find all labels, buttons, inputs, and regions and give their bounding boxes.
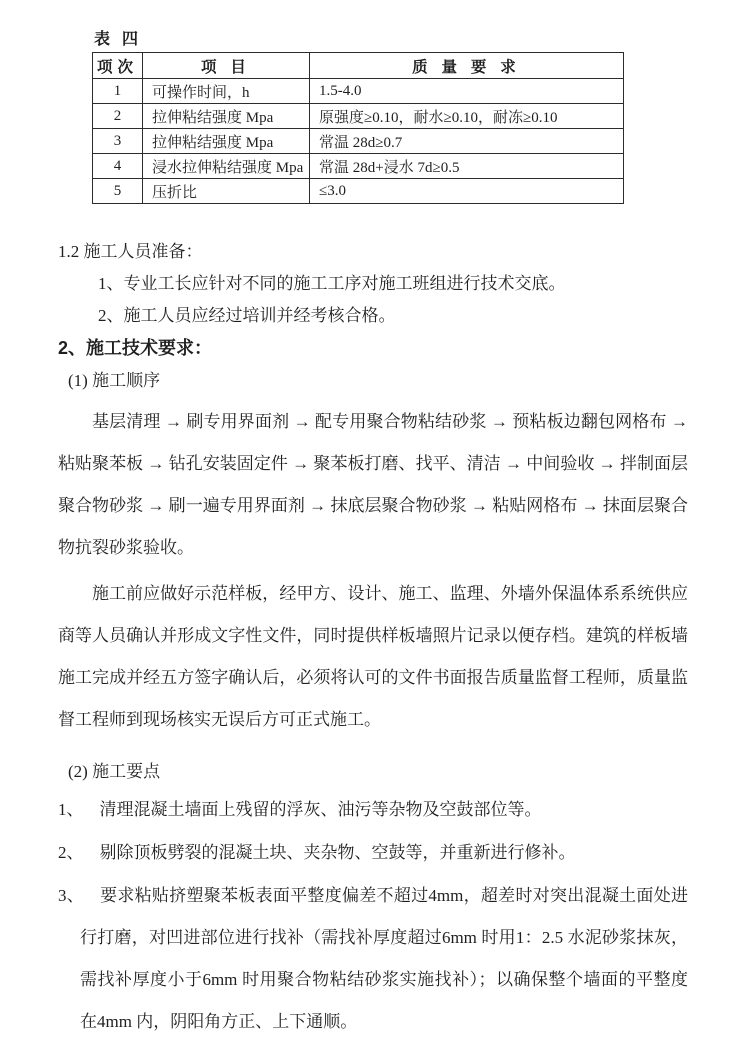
row-requirement: 常温 28d+浸水 7d≥0.5: [310, 154, 624, 179]
row-no: 3: [93, 129, 143, 154]
row-item: 压折比: [143, 179, 310, 204]
subsection-key-points-heading: (2) 施工要点: [68, 755, 688, 788]
row-requirement: 常温 28d≥0.7: [310, 129, 624, 154]
construction-sequence-paragraph: 基层清理 → 刷专用界面剂 → 配专用聚合物粘结砂浆 → 预粘板边翻包网格布 →…: [58, 401, 688, 569]
table-header-row: 项次 项 目 质 量 要 求: [93, 53, 624, 79]
row-no: 4: [93, 154, 143, 179]
table-row: 2 拉伸粘结强度 Mpa 原强度≥0.10，耐水≥0.10，耐冻≥0.10: [93, 104, 624, 129]
row-no: 5: [93, 179, 143, 204]
col-header-project: 项 目: [143, 53, 310, 79]
section-personnel-preparation: 1.2 施工人员准备： 1、专业工长应针对不同的施工工序对施工班组进行技术交底。…: [58, 236, 688, 332]
row-no: 1: [93, 79, 143, 104]
row-no: 2: [93, 104, 143, 129]
subsection-construction-sequence-heading: (1) 施工顺序: [68, 364, 688, 397]
item-marker: 2、: [58, 843, 84, 862]
table-caption: 表 四: [94, 26, 688, 49]
list-item: 1、专业工长应针对不同的施工工序对施工班组进行技术交底。: [98, 268, 688, 300]
row-requirement: 1.5-4.0: [310, 79, 624, 104]
col-header-quality-requirement: 质 量 要 求: [310, 53, 624, 79]
row-item: 拉伸粘结强度 Mpa: [143, 129, 310, 154]
row-requirement: ≤3.0: [310, 179, 624, 204]
section-1-2-heading: 1.2 施工人员准备：: [58, 236, 688, 268]
item-text: 要求粘贴挤塑聚苯板表面平整度偏差不超过4mm，超差时对突出混凝土面处进行打磨，对…: [80, 886, 688, 1031]
sample-wall-paragraph: 施工前应做好示范样板，经甲方、设计、施工、监理、外墙外保温体系系统供应商等人员确…: [58, 573, 688, 741]
row-item: 拉伸粘结强度 Mpa: [143, 104, 310, 129]
item-text: 剔除顶板劈裂的混凝土块、夹杂物、空鼓等，并重新进行修补。: [100, 843, 576, 862]
document-page: 表 四 项次 项 目 质 量 要 求 1 可操作时间，h 1.5-4.0 2 拉…: [0, 0, 744, 1052]
item-text: 清理混凝土墙面上残留的浮灰、油污等杂物及空鼓部位等。: [100, 800, 542, 819]
row-requirement: 原强度≥0.10，耐水≥0.10，耐冻≥0.10: [310, 104, 624, 129]
quality-requirements-table: 项次 项 目 质 量 要 求 1 可操作时间，h 1.5-4.0 2 拉伸粘结强…: [92, 52, 624, 204]
item-marker: 1、: [58, 800, 84, 819]
table-row: 5 压折比 ≤3.0: [93, 179, 624, 204]
key-point-item: 1、清理混凝土墙面上残留的浮灰、油污等杂物及空鼓部位等。: [58, 789, 688, 831]
list-item: 2、施工人员应经过培训并经考核合格。: [98, 300, 688, 332]
table-row: 4 浸水拉伸粘结强度 Mpa 常温 28d+浸水 7d≥0.5: [93, 154, 624, 179]
item-marker: 3、: [58, 886, 84, 905]
section-2-heading: 2、施工技术要求：: [58, 332, 688, 364]
row-item: 浸水拉伸粘结强度 Mpa: [143, 154, 310, 179]
key-point-item: 3、要求粘贴挤塑聚苯板表面平整度偏差不超过4mm，超差时对突出混凝土面处进行打磨…: [58, 875, 688, 1043]
table-row: 1 可操作时间，h 1.5-4.0: [93, 79, 624, 104]
col-header-item-no: 项次: [93, 53, 143, 79]
row-item: 可操作时间，h: [143, 79, 310, 104]
table-row: 3 拉伸粘结强度 Mpa 常温 28d≥0.7: [93, 129, 624, 154]
key-point-item: 2、剔除顶板劈裂的混凝土块、夹杂物、空鼓等，并重新进行修补。: [58, 832, 688, 874]
